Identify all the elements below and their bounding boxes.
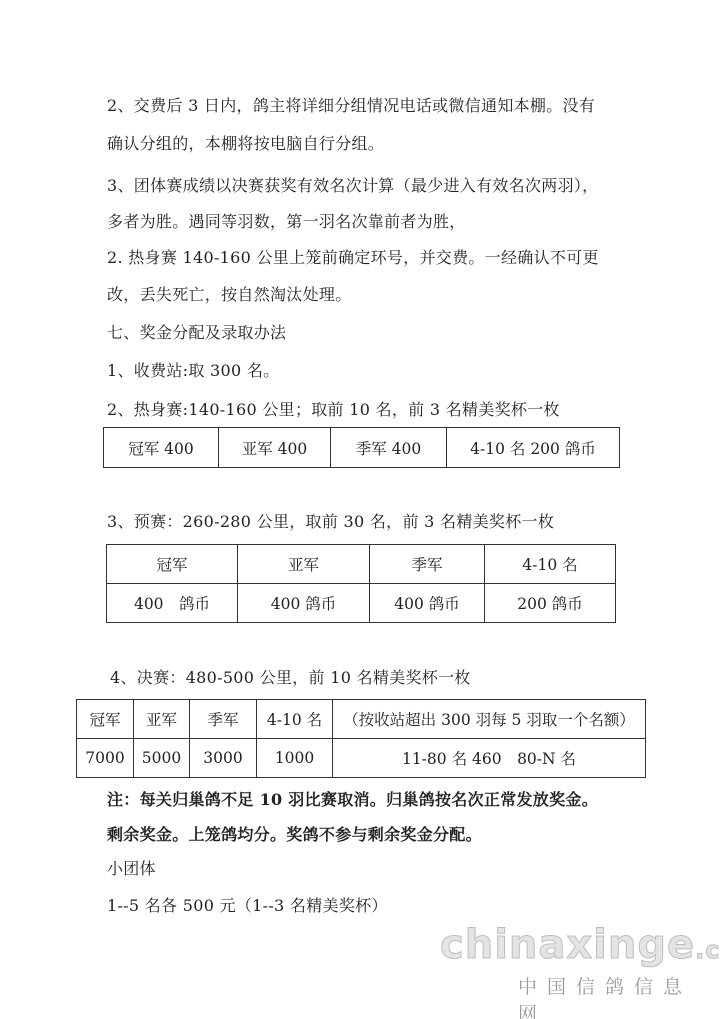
prelim-value-third: 400 鸽币 (370, 584, 485, 623)
item-toll-station: 1、收费站:取 300 名。 (107, 361, 279, 381)
final-value-third: 3000 (190, 739, 257, 778)
prelim-header-champion: 冠军 (107, 545, 238, 584)
final-value-runner-up: 5000 (134, 739, 190, 778)
prelim-value-4-10: 200 鸽币 (485, 584, 616, 623)
warmup-prize-table: 冠军 400 亚军 400 季军 400 4-10 名 200 鸽币 (103, 427, 620, 468)
warmup-third-cell: 季军 400 (331, 428, 447, 468)
watermark-domain: chinaxinge.com (440, 922, 720, 968)
preliminary-prize-table: 冠军 亚军 季军 4-10 名 400 鸽币 400 鸽币 400 鸽币 200… (106, 544, 616, 623)
note-line-2: 剩余奖金。上笼鸽均分。奖鸽不参与剩余奖金分配。 (107, 825, 482, 845)
final-header-extra-quota: （按收站超出 300 羽每 5 羽取一个名额） (333, 700, 646, 739)
final-header-4-10: 4-10 名 (257, 700, 333, 739)
warmup-4-10-cell: 4-10 名 200 鸽币 (447, 428, 620, 468)
watermark-domain-suffix: .com (695, 936, 720, 964)
final-value-4-10: 1000 (257, 739, 333, 778)
note-line-1: 注：每关归巢鸽不足 10 羽比赛取消。归巢鸽按名次正常发放奖金。 (107, 790, 598, 810)
watermark-site-name: 中国信鸽信息网 (518, 972, 720, 1019)
paragraph-grouping-line-1: 2、交费后 3 日内，鸽主将详细分组情况电话或微信通知本棚。没有 (107, 96, 595, 116)
final-prize-table: 冠军 亚军 季军 4-10 名 （按收站超出 300 羽每 5 羽取一个名额） … (76, 699, 646, 778)
prelim-value-champion: 400 鸽币 (107, 584, 238, 623)
paragraph-team-score-line-2: 多者为胜。遇同等羽数，第一羽名次靠前者为胜， (107, 212, 466, 232)
paragraph-warmup-line-2: 改，丢失死亡，按自然淘汰处理。 (107, 285, 352, 305)
warmup-runner-up-cell: 亚军 400 (219, 428, 331, 468)
item-warmup-race: 2、热身赛:140-160 公里；取前 10 名，前 3 名精美奖杯一枚 (107, 400, 560, 420)
section-title-prize-distribution: 七、奖金分配及录取办法 (107, 323, 286, 343)
paragraph-team-score-line-1: 3、团体赛成绩以决赛获奖有效名次计算（最少进入有效名次两羽）， (107, 176, 598, 196)
paragraph-warmup-line-1: 2. 热身赛 140-160 公里上笼前确定环号，并交费。一经确认不可更 (107, 248, 599, 268)
final-header-third: 季军 (190, 700, 257, 739)
final-value-champion: 7000 (77, 739, 134, 778)
prelim-header-runner-up: 亚军 (238, 545, 370, 584)
prelim-value-runner-up: 400 鸽币 (238, 584, 370, 623)
item-final-race: 4、决赛：480-500 公里，前 10 名精美奖杯一枚 (110, 668, 471, 688)
prelim-header-4-10: 4-10 名 (485, 545, 616, 584)
small-team-title: 小团体 (107, 859, 156, 879)
watermark-domain-main: chinaxinge (440, 922, 695, 968)
final-value-extra-quota: 11-80 名 460 80-N 名 (333, 739, 646, 778)
paragraph-grouping-line-2: 确认分组的，本棚将按电脑自行分组。 (107, 134, 384, 154)
item-preliminary-race: 3、预赛：260-280 公里，取前 30 名，前 3 名精美奖杯一枚 (107, 512, 554, 532)
small-team-prize: 1--5 名各 500 元（1--3 名精美奖杯） (107, 896, 388, 916)
final-header-champion: 冠军 (77, 700, 134, 739)
final-header-runner-up: 亚军 (134, 700, 190, 739)
prelim-header-third: 季军 (370, 545, 485, 584)
warmup-champion-cell: 冠军 400 (104, 428, 219, 468)
